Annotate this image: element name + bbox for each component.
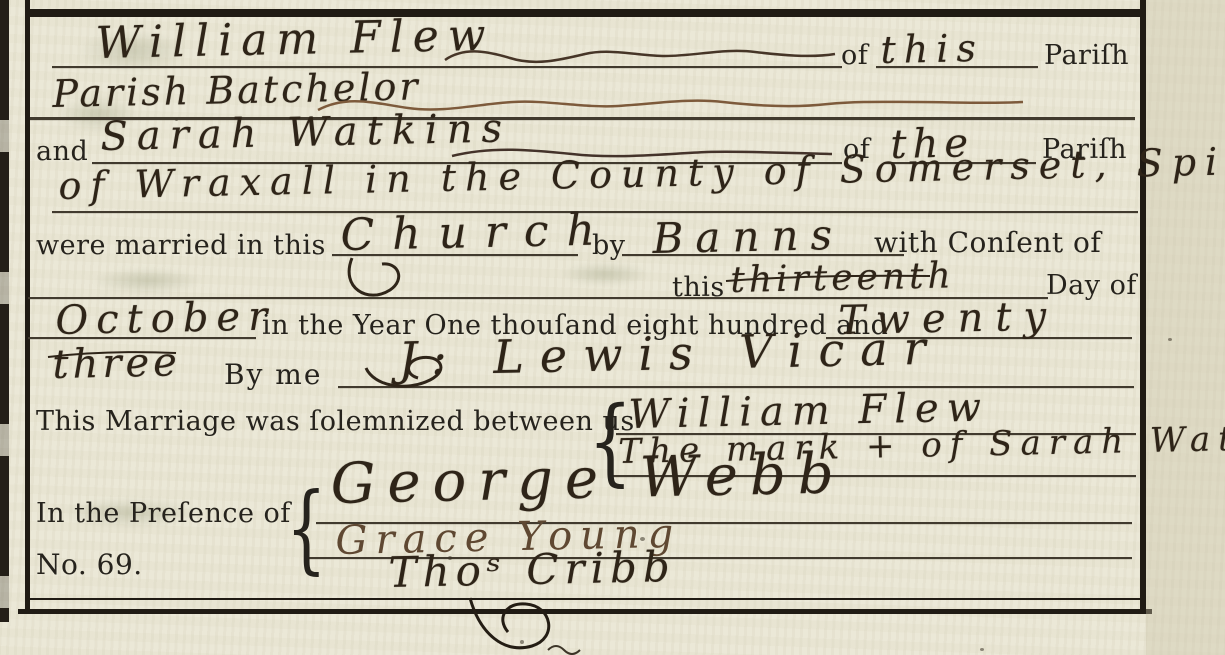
- and-label: and: [36, 136, 88, 167]
- ink-speck: [448, 556, 452, 560]
- consent-label: with Conſent of: [874, 226, 1101, 259]
- day-entry: thirteenth: [730, 255, 955, 301]
- border-bottom-outer: [18, 609, 1152, 614]
- officiant-signature: J: Lewis Vicar: [398, 321, 942, 386]
- venue-entry: Church: [340, 204, 613, 261]
- ink-speck: [980, 648, 984, 651]
- method-entry: Banns: [652, 210, 845, 263]
- year-word2-entry: three: [52, 339, 181, 388]
- border-bottom-inner: [30, 598, 1142, 600]
- ink-speck: [520, 640, 524, 644]
- bleed-through-artifact: [92, 268, 202, 294]
- ink-speck: [1168, 338, 1172, 341]
- presence-label: In the Preſence of: [36, 498, 291, 529]
- scan-edge-strip: [0, 0, 9, 622]
- border-left: [25, 0, 30, 614]
- venue-descender-loop: [349, 258, 399, 295]
- witness-signature: George Webb: [330, 441, 846, 517]
- parish-label: Pariſh: [1044, 40, 1129, 71]
- ink-speck: [712, 232, 716, 235]
- solemnized-label: This Marriage was ſolemnized between us: [36, 406, 635, 437]
- month-entry: October: [55, 293, 276, 344]
- entry-number: No. 69.: [36, 548, 143, 581]
- bride-name-entry: Sarah Watkins: [100, 105, 511, 160]
- by-label: by: [592, 230, 626, 261]
- page-right-margin: [1146, 0, 1225, 655]
- bleed-through-artifact: [560, 262, 650, 286]
- witness-brace: {: [286, 482, 327, 578]
- by-me-label: By me: [224, 358, 322, 391]
- ink-speck: [640, 537, 645, 541]
- groom-name-entry: William Flew: [95, 10, 495, 69]
- day-of-label: Day of: [1046, 270, 1137, 301]
- marriage-register-scan: William Flew of this Pariſh Parish Batch…: [0, 0, 1225, 655]
- of-label: of: [841, 40, 868, 71]
- witness-signature: Thoˢ Cribb: [388, 542, 676, 597]
- witness-flourish-loop: [470, 598, 549, 648]
- rule-line: [338, 386, 1134, 388]
- bottom-ink-mark: [548, 646, 580, 654]
- pen-squiggle: [445, 51, 835, 62]
- this-label: this: [672, 272, 725, 303]
- married-in-this-label: were married in this: [36, 230, 326, 261]
- groom-parish-entry: this: [880, 26, 984, 72]
- ink-speck: [175, 118, 178, 121]
